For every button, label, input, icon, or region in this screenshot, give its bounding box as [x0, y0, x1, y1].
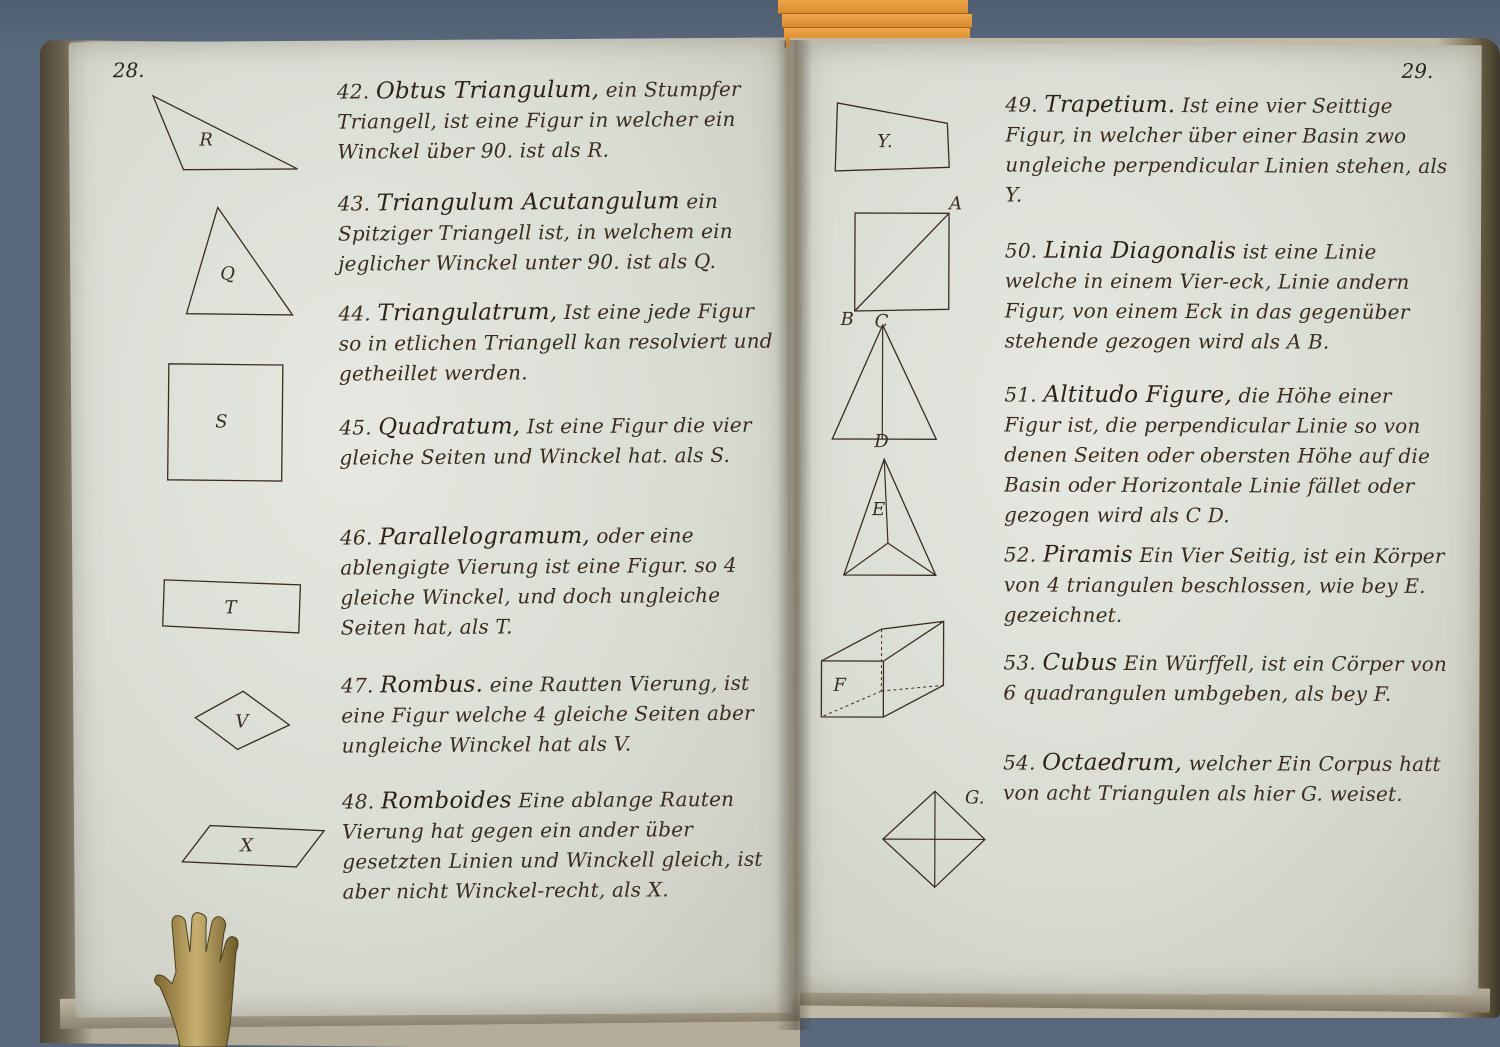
entry-term: Octaedrum, [1042, 750, 1182, 776]
figure-rectangle: T [162, 577, 302, 642]
entry-number: 49. [1005, 93, 1038, 117]
figure-label: F [832, 675, 847, 696]
entry-54: 54. Octaedrum, welcher Ein Corpus hatt v… [1003, 748, 1453, 810]
entry-47: 47. Rombus. eine Rautten Vierung, ist ei… [341, 668, 782, 761]
right-page: 29. Y. A B C D E [798, 43, 1481, 995]
figure-label: E [871, 499, 885, 520]
entry-term: Piramis [1043, 542, 1133, 568]
figure-label: S [215, 411, 227, 432]
entry-number: 43. [338, 191, 371, 215]
entry-number: 47. [341, 673, 374, 697]
entry-42: 42. Obtus Triangulum, ein Stumpfer Trian… [337, 74, 778, 167]
entry-number: 52. [1004, 543, 1037, 567]
figure-label: G. [965, 787, 985, 808]
entry-44: 44. Triangulatrum, Ist eine jede Figur s… [338, 296, 779, 389]
figure-acute-triangle: Q [182, 203, 303, 328]
page-number: 29. [1402, 59, 1434, 83]
figure-square: S [167, 361, 288, 488]
figure-trapezium: Y. [835, 101, 955, 177]
brass-pointer-hand-icon [150, 912, 260, 1047]
entry-43: 43. Triangulum Acutangulum ein Spitziger… [338, 186, 779, 279]
entry-term: Quadratum, [378, 413, 520, 440]
entry-number: 53. [1003, 651, 1036, 675]
entry-52: 52. Piramis Ein Vier Seitig, ist ein Kör… [1004, 540, 1454, 632]
figure-label: V [235, 711, 250, 732]
entry-number: 44. [338, 301, 371, 325]
figure-label: Y. [877, 131, 892, 152]
figure-pyramid: E [842, 455, 942, 587]
entry-term: Romboides [381, 787, 512, 814]
figure-square-diagonal: A B [841, 201, 961, 325]
figure-label-d: D [873, 431, 889, 452]
entry-50: 50. Linia Diagonalis ist eine Linie welc… [1005, 236, 1455, 358]
entry-number: 51. [1004, 383, 1037, 407]
left-page: 28. R Q S T V X 42. O [69, 38, 792, 1018]
figure-label: R [198, 130, 213, 151]
figure-rhombus: V [193, 689, 293, 758]
figure-label-a: A [947, 193, 962, 214]
manuscript-photo: 28. R Q S T V X 42. O [0, 0, 1500, 1047]
entry-term: Rombus. [380, 672, 483, 699]
entry-term: Trapetium. [1044, 92, 1175, 118]
figure-label-c: C [875, 311, 889, 332]
entry-number: 50. [1005, 239, 1038, 263]
entry-number: 54. [1003, 751, 1036, 775]
figure-rhomboid: X [182, 823, 327, 876]
entry-48: 48. Romboides Eine ablange Rauten Vierun… [342, 784, 783, 907]
entry-term: Cubus [1042, 650, 1117, 676]
figure-octahedron: G. [881, 789, 1021, 903]
entry-term: Linia Diagonalis [1044, 238, 1236, 265]
figure-obtuse-triangle: R [149, 91, 310, 176]
entry-53: 53. Cubus Ein Würffell, ist ein Cörper v… [1003, 648, 1453, 710]
page-number: 28. [113, 58, 145, 82]
book-gutter [776, 40, 812, 1030]
entry-49: 49. Trapetium. Ist eine vier Seittige Fi… [1005, 90, 1455, 212]
entry-term: Obtus Triangulum, [376, 77, 599, 105]
figure-label: X [238, 835, 254, 856]
entry-45: 45. Quadratum, Ist eine Figur die vier g… [339, 410, 779, 473]
entry-number: 45. [339, 415, 372, 439]
entry-term: Triangulatrum, [377, 299, 557, 326]
figure-altitude-triangle: C D [830, 321, 950, 455]
entry-51: 51. Altitudo Figure, die Höhe einer Figu… [1004, 380, 1455, 532]
entry-number: 46. [340, 525, 373, 549]
figure-label: T [224, 597, 238, 618]
entry-number: 42. [337, 79, 370, 103]
entry-term: Parallelogramum, [379, 523, 590, 550]
entry-number: 48. [342, 789, 375, 813]
entry-46: 46. Parallelogramum, oder eine ablengigt… [340, 520, 781, 643]
entry-term: Triangulum Acutangulum [377, 188, 680, 216]
figure-label: Q [220, 263, 235, 284]
figure-cube: F [819, 619, 959, 733]
entry-term: Altitudo Figure, [1043, 382, 1232, 409]
